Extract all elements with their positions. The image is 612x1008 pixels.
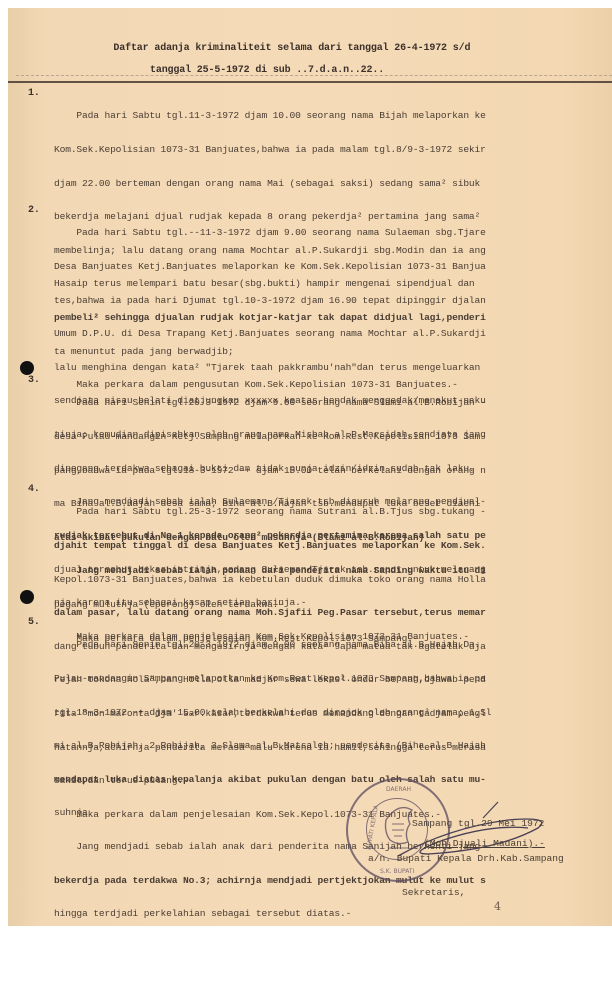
page-mark: 4 bbox=[494, 900, 501, 913]
text-line: desa Pulau-mandangin Ketj.Sampang melapo… bbox=[54, 431, 486, 442]
entry-number: 4. bbox=[28, 484, 40, 495]
dotted-divider bbox=[16, 75, 612, 76]
signature-position: Sekretaris, bbox=[402, 887, 564, 899]
signature-on-behalf: a/n. Bupati Kepala Drh.Kab.Sampang bbox=[368, 853, 564, 865]
entry-number: 3. bbox=[28, 375, 40, 386]
text-line: Pada hari Sabtu tgl.11-3-1972 djam 10.00… bbox=[54, 110, 486, 121]
entry-number: 2. bbox=[28, 205, 40, 216]
text-line: lalu menghina dengan kata² "Tjarek taah … bbox=[54, 362, 486, 373]
signature-block: Sampang tgl.29 Mei 1972 a/n. Bupati Kepa… bbox=[408, 795, 564, 926]
text-line: Pulau-mandangin Sampang melaporkan ke Ko… bbox=[54, 673, 491, 684]
text-line: mi al.B.Robijah, 2.Robijah, 3.Slama al.B… bbox=[54, 740, 491, 751]
punch-hole bbox=[20, 590, 34, 604]
text-line: Pada hari Sabtu tgl.--11-3-1972 djam 9.0… bbox=[54, 227, 486, 238]
text-line: djahit tempat tinggal di desa Banjuates … bbox=[54, 540, 486, 551]
entry-number: 1. bbox=[28, 88, 40, 99]
text-line: Kom.Sek.Kepolisian 1073-31 Banjuates,bah… bbox=[54, 144, 486, 155]
text-line: Kepol.1073-31 Banjuates,bahwa ia kebetul… bbox=[54, 574, 486, 585]
title-line-1: Daftar adanja kriminaliteit selama dari … bbox=[113, 43, 470, 54]
text-line: Pada hari Senin tgl.20-3-1972 djam 9.00 … bbox=[54, 639, 491, 650]
document-page: Daftar adanja kriminaliteit selama dari … bbox=[8, 8, 612, 926]
text-line: Pada hari Senin tgl.20-3-1972 djam 9.00 … bbox=[54, 397, 486, 408]
signatory-name: (Moh.Djuali Madani).- bbox=[424, 838, 545, 850]
text-line: djam 22.00 berteman dengan orang nama Ma… bbox=[54, 178, 486, 189]
stamp-top-text: DAERAH bbox=[386, 786, 411, 793]
text-line: tgl.18-3-1972 -+ djam 15.00 telah berkel… bbox=[54, 707, 491, 718]
punch-hole bbox=[20, 361, 34, 375]
text-line: Pada hari Sabtu tgl.25-3-1972 seorang na… bbox=[54, 506, 486, 517]
text-line: tes,bahwa ia pada hari Djumat tgl.10-3-1… bbox=[54, 295, 486, 306]
text-line: Desa Banjuates Ketj.Banjuates melaporkan… bbox=[54, 261, 486, 272]
entry-number: 5. bbox=[28, 617, 40, 628]
text-line: pang,bahwa ia pada tgl.18-3-1972 -+ djam… bbox=[54, 465, 486, 476]
header-rule bbox=[8, 81, 612, 83]
signature-place-date: Sampang tgl.29 Mei 1972 bbox=[408, 818, 564, 830]
text-line: Umum D.P.U. di Desa Trapang Ketj.Banjuat… bbox=[54, 328, 486, 339]
